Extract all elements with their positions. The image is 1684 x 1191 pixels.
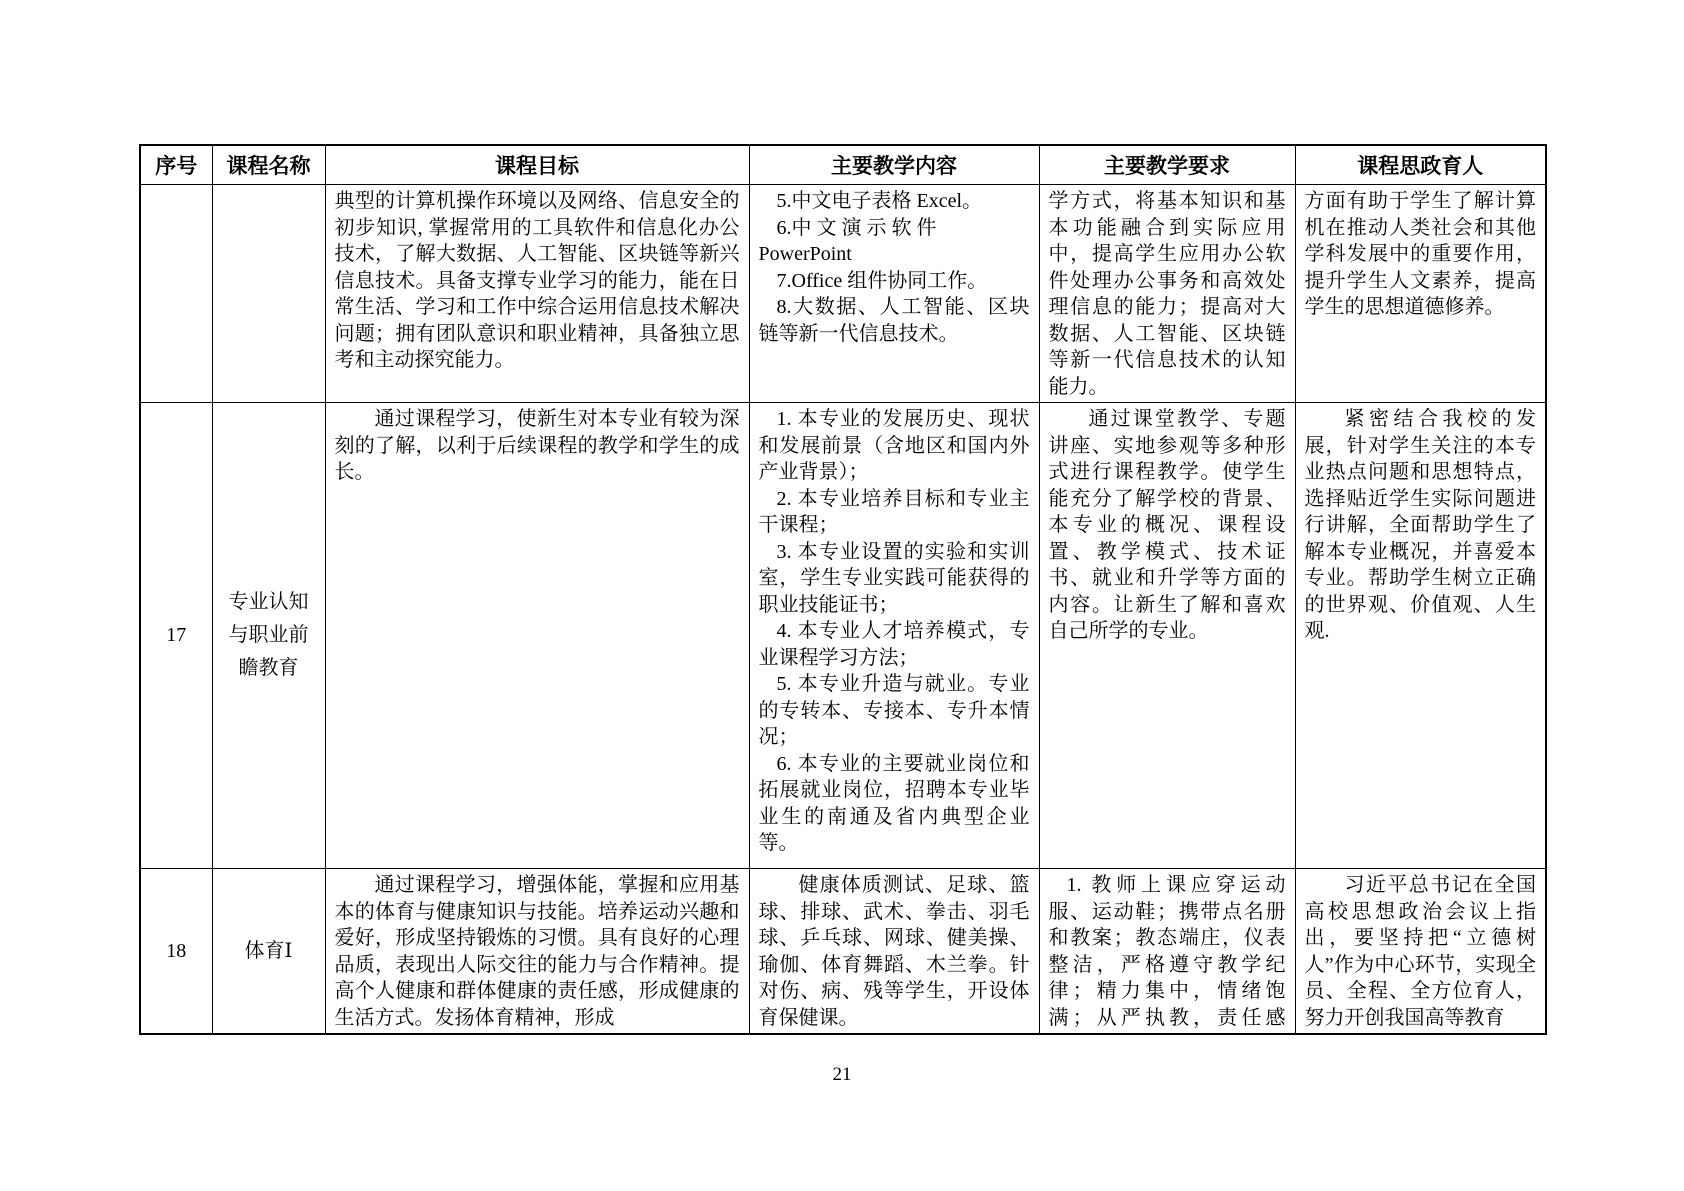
row-no-cell: 17: [140, 403, 212, 869]
paragraph: 学方式，将基本知识和基本功能融合到实际应用中，提高学生应用办公软件处理办公事务和…: [1049, 188, 1286, 400]
paragraph: 5.中文电子表格 Excel。: [759, 188, 1030, 215]
row-ideology-cell: 习近平总书记在全国高校思想政治会议上指出，要坚持把“立德树人”作为中心环节，实现…: [1295, 869, 1546, 1035]
paragraph: 紧密结合我校的发展，针对学生关注的本专业热点问题和思想特点，选择贴近学生实际问题…: [1305, 406, 1537, 645]
row-content-cell: 1. 本专业的发展历史、现状和发展前景（含地区和国内外产业背景）； 2. 本专业…: [749, 403, 1039, 869]
header-cell-objective: 课程目标: [325, 145, 749, 185]
row-content-cell: 健康体质测试、足球、篮球、排球、武术、拳击、羽毛球、乒乓球、网球、健美操、瑜伽、…: [749, 869, 1039, 1035]
row-requirement-cell: 学方式，将基本知识和基本功能融合到实际应用中，提高学生应用办公软件处理办公事务和…: [1039, 185, 1295, 403]
header-cell-content: 主要教学内容: [749, 145, 1039, 185]
course-name: 专业认知与职业前瞻教育: [226, 586, 312, 685]
row-objective-cell: 通过课程学习，增强体能，掌握和应用基本的体育与健康知识与技能。培养运动兴趣和爱好…: [325, 869, 749, 1035]
row-name-cell: 专业认知与职业前瞻教育: [212, 403, 325, 869]
row-no-cell: [140, 185, 212, 403]
paragraph: 3. 本专业设置的实验和实训室，学生专业实践可能获得的职业技能证书；: [759, 539, 1030, 619]
row-ideology-cell: 紧密结合我校的发展，针对学生关注的本专业热点问题和思想特点，选择贴近学生实际问题…: [1295, 403, 1546, 869]
paragraph: 5. 本专业升造与就业。专业的专转本、专接本、专升本情况；: [759, 671, 1030, 751]
header-cell-course-name: 课程名称: [212, 145, 325, 185]
row-name-cell: [212, 185, 325, 403]
table-row-continued: 典型的计算机操作环境以及网络、信息安全的初步知识, 掌握常用的工具软件和信息化办…: [140, 185, 1546, 403]
paragraph: 健康体质测试、足球、篮球、排球、武术、拳击、羽毛球、乒乓球、网球、健美操、瑜伽、…: [759, 872, 1030, 1031]
row-content-cell: 5.中文电子表格 Excel。 6.中 文 演 示 软 件 PowerPoint…: [749, 185, 1039, 403]
row-requirement-cell: 1. 教师上课应穿运动服、运动鞋；携带点名册和教案；教态端庄，仪表整洁，严格遵守…: [1039, 869, 1295, 1035]
paragraph: 通过课程学习，增强体能，掌握和应用基本的体育与健康知识与技能。培养运动兴趣和爱好…: [335, 872, 740, 1031]
curriculum-table: 序号 课程名称 课程目标 主要教学内容 主要教学要求 课程思政育人 典型的计算机…: [139, 144, 1547, 1035]
header-cell-requirement: 主要教学要求: [1039, 145, 1295, 185]
paragraph: 1. 教师上课应穿运动服、运动鞋；携带点名册和教案；教态端庄，仪表整洁，严格遵守…: [1049, 872, 1286, 1033]
paragraph: 典型的计算机操作环境以及网络、信息安全的初步知识, 掌握常用的工具软件和信息化办…: [335, 188, 740, 374]
table-row-17: 17 专业认知与职业前瞻教育 通过课程学习，使新生对本专业有较为深刻的了解，以利…: [140, 403, 1546, 869]
paragraph: PowerPoint: [759, 241, 1030, 268]
paragraph: 4. 本专业人才培养模式，专业课程学习方法；: [759, 618, 1030, 671]
row-name-cell: 体育Ⅰ: [212, 869, 325, 1035]
paragraph: 6.中 文 演 示 软 件: [759, 215, 1030, 242]
header-cell-ideology: 课程思政育人: [1295, 145, 1546, 185]
row-objective-cell: 通过课程学习，使新生对本专业有较为深刻的了解，以利于后续课程的教学和学生的成长。: [325, 403, 749, 869]
paragraph: 1. 本专业的发展历史、现状和发展前景（含地区和国内外产业背景）；: [759, 406, 1030, 486]
row-no-cell: 18: [140, 869, 212, 1035]
page-number: 21: [139, 1064, 1545, 1086]
paragraph: 习近平总书记在全国高校思想政治会议上指出，要坚持把“立德树人”作为中心环节，实现…: [1305, 872, 1537, 1031]
paragraph: 6. 本专业的主要就业岗位和拓展就业岗位，招聘本专业毕业生的南通及省内典型企业等…: [759, 751, 1030, 857]
table-row-18: 18 体育Ⅰ 通过课程学习，增强体能，掌握和应用基本的体育与健康知识与技能。培养…: [140, 869, 1546, 1035]
document-page: 序号 课程名称 课程目标 主要教学内容 主要教学要求 课程思政育人 典型的计算机…: [0, 0, 1684, 1191]
row-objective-cell: 典型的计算机操作环境以及网络、信息安全的初步知识, 掌握常用的工具软件和信息化办…: [325, 185, 749, 403]
paragraph: 通过课堂教学、专题讲座、实地参观等多种形式进行课程教学。使学生能充分了解学校的背…: [1049, 406, 1286, 645]
paragraph: 方面有助于学生了解计算机在推动人类社会和其他学科发展中的重要作用，提升学生人文素…: [1305, 188, 1537, 321]
row-requirement-cell: 通过课堂教学、专题讲座、实地参观等多种形式进行课程教学。使学生能充分了解学校的背…: [1039, 403, 1295, 869]
paragraph: 8.大数据、人工智能、区块链等新一代信息技术。: [759, 294, 1030, 347]
paragraph: 7.Office 组件协同工作。: [759, 268, 1030, 295]
header-cell-no: 序号: [140, 145, 212, 185]
table-header-row: 序号 课程名称 课程目标 主要教学内容 主要教学要求 课程思政育人: [140, 145, 1546, 185]
paragraph: 通过课程学习，使新生对本专业有较为深刻的了解，以利于后续课程的教学和学生的成长。: [335, 406, 740, 486]
paragraph: 2. 本专业培养目标和专业主干课程；: [759, 486, 1030, 539]
row-ideology-cell: 方面有助于学生了解计算机在推动人类社会和其他学科发展中的重要作用，提升学生人文素…: [1295, 185, 1546, 403]
